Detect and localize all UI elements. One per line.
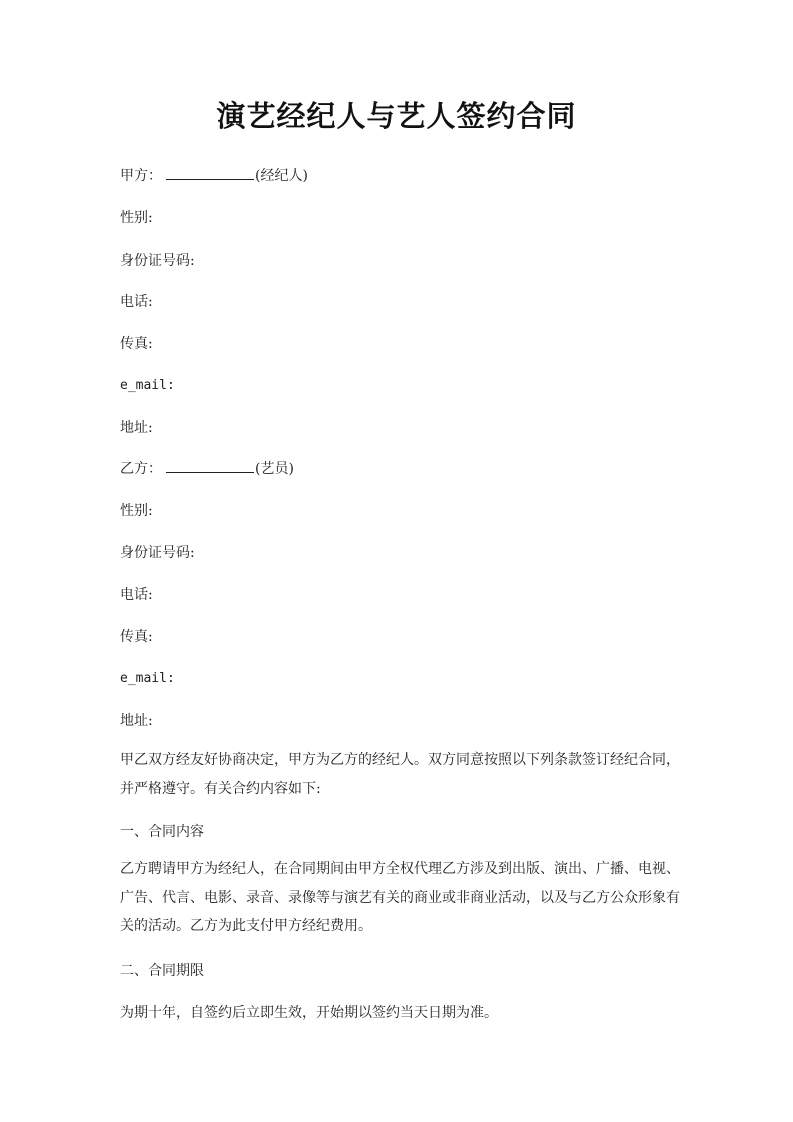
- party-a-id-number: 身份证号码:: [120, 251, 195, 271]
- intro-paragraph: 甲乙双方经友好协商决定，甲方为乙方的经纪人。双方同意按照以下列条款签订经纪合同，…: [120, 746, 680, 803]
- party-a-email: e_mail:: [120, 376, 175, 396]
- party-a-line: 甲方：(经纪人): [120, 166, 308, 186]
- party-b-label: 乙方：: [120, 461, 162, 477]
- party-a-fax: 传真:: [120, 334, 153, 354]
- party-a-phone: 电话:: [120, 292, 153, 312]
- party-a-label: 甲方：: [120, 168, 162, 184]
- party-b-line: 乙方：(艺员): [120, 459, 294, 479]
- document-title: 演艺经纪人与艺人签约合同: [0, 94, 793, 135]
- party-a-gender: 性别:: [120, 208, 153, 228]
- section-2-heading: 二、合同期限: [120, 961, 204, 981]
- section-1-heading: 一、合同内容: [120, 822, 204, 842]
- party-a-address: 地址:: [120, 418, 153, 438]
- section-1-body: 乙方聘请甲方为经纪人，在合同期间由甲方全权代理乙方涉及到出版、演出、广播、电视、…: [120, 855, 680, 941]
- party-b-name-blank[interactable]: [166, 460, 254, 473]
- party-b-address: 地址:: [120, 711, 153, 731]
- party-b-phone: 电话:: [120, 585, 153, 605]
- party-b-email: e_mail:: [120, 669, 175, 689]
- party-b-gender: 性别:: [120, 501, 153, 521]
- party-a-name-blank[interactable]: [166, 167, 254, 180]
- document-page: 演艺经纪人与艺人签约合同 甲方：(经纪人) 性别: 身份证号码: 电话: 传真:…: [0, 0, 793, 1122]
- party-a-role: (经纪人): [255, 168, 308, 184]
- section-2-body: 为期十年，自签约后立即生效，开始期以签约当天日期为准。: [120, 1003, 498, 1023]
- party-b-id-number: 身份证号码:: [120, 543, 195, 563]
- party-b-fax: 传真:: [120, 627, 153, 647]
- party-b-role: (艺员): [255, 461, 294, 477]
